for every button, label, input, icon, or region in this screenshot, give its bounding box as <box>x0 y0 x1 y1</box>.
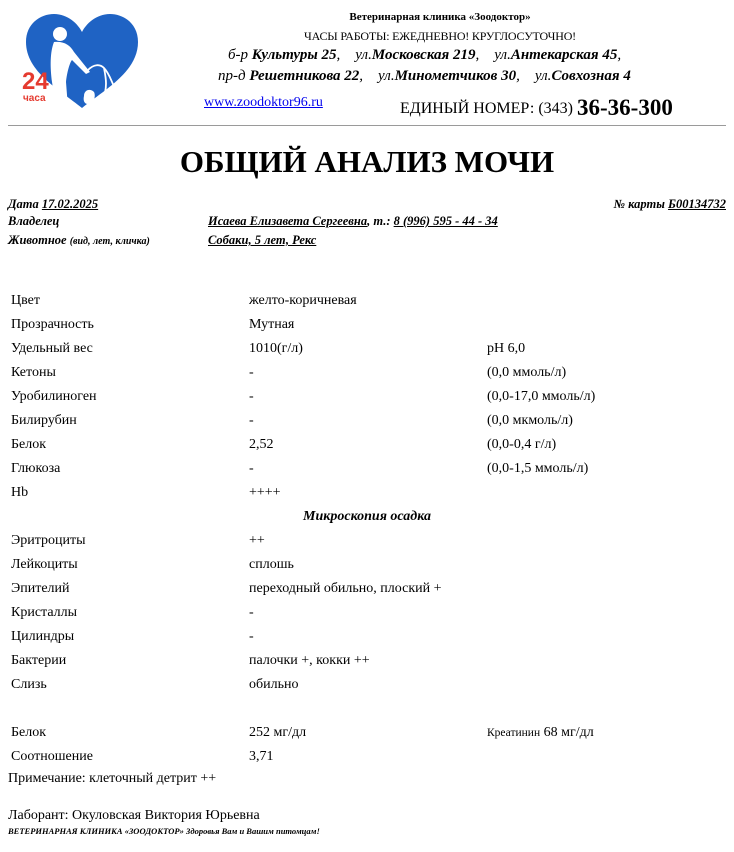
working-hours: ЧАСЫ РАБОТЫ: ЕЖЕДНЕВНО! КРУГЛОСУТОЧНО! <box>200 29 680 44</box>
address-item: ул.Совхозная 4 <box>535 68 631 84</box>
result-row: ПрозрачностьМутная <box>0 317 734 341</box>
owner-name: Исаева Елизавета Сергеевна <box>208 214 367 228</box>
protein-row: Белок 252 мг/дл Креатинин 68 мг/дл <box>0 725 734 749</box>
microscopy-row: Бактериипалочки +, кокки ++ <box>0 653 734 677</box>
addresses-line-2: пр-д Решетникова 22, ул.Минометчиков 30,… <box>218 68 631 85</box>
lab-assistant: Лаборант: Окуловская Виктория Юрьевна <box>8 808 260 824</box>
microscopy-row: Эпителийпереходный обильно, плоский + <box>0 581 734 605</box>
microscopy-row: Кристаллы- <box>0 605 734 629</box>
result-row: Hb++++ <box>0 485 734 509</box>
phone-label: ЕДИНЫЙ НОМЕР: (343) <box>400 100 577 117</box>
website-link[interactable]: www.zoodoktor96.ru <box>204 95 323 111</box>
result-row: Глюкоза-(0,0-1,5 ммоль/л) <box>0 461 734 485</box>
date-value: 17.02.2025 <box>42 197 98 211</box>
date-field: Дата 17.02.2025 <box>8 197 98 212</box>
microscopy-row: Цилиндры- <box>0 629 734 653</box>
animal-label: Животное (вид, лет, кличка) <box>8 233 150 248</box>
phone-number: 36-36-300 <box>577 95 673 120</box>
header-divider <box>8 125 726 126</box>
address-item: пр-д Решетникова 22, <box>218 68 363 84</box>
note: Примечание: клеточный детрит ++ <box>8 771 216 787</box>
result-row: Удельный вес1010(г/л)pH 6,0 <box>0 341 734 365</box>
clinic-logo: 24 часа <box>20 12 146 110</box>
owner-label: Владелец <box>8 214 59 229</box>
microscopy-row: Эритроциты++ <box>0 533 734 557</box>
address-item: ул.Московская 219, <box>355 47 479 63</box>
address-item: ул.Антекарская 45, <box>494 47 621 63</box>
microscopy-row: Лейкоцитысплошь <box>0 557 734 581</box>
owner-phone: 8 (996) 595 - 44 - 34 <box>394 214 498 228</box>
clinic-name: Ветеринарная клиника «Зоодоктор» <box>200 11 680 23</box>
address-item: б-р Культуры 25, <box>228 47 340 63</box>
microscopy-row: Слизьобильно <box>0 677 734 701</box>
card-number-field: № карты Б00134732 <box>614 197 726 212</box>
creatinine: Креатинин 68 мг/дл <box>487 725 594 741</box>
result-row: Цветжелто-коричневая <box>0 293 734 317</box>
logo-badge: 24 часа <box>22 70 49 104</box>
result-row: Билирубин-(0,0 мкмоль/л) <box>0 413 734 437</box>
microscopy-heading: Микроскопия осадка <box>0 509 734 525</box>
addresses-line-1: б-р Культуры 25, ул.Московская 219, ул.А… <box>228 47 621 64</box>
animal-value: Собаки, 5 лет, Рекс <box>208 233 316 248</box>
owner-value: Исаева Елизавета Сергеевна, т.: 8 (996) … <box>208 214 498 229</box>
result-row: Кетоны-(0,0 ммоль/л) <box>0 365 734 389</box>
result-row: Белок2,52(0,0-0,4 г/л) <box>0 437 734 461</box>
result-row: Уробилиноген-(0,0-17,0 ммоль/л) <box>0 389 734 413</box>
ratio-row: Соотношение 3,71 <box>0 749 734 773</box>
phone-block: ЕДИНЫЙ НОМЕР: (343) 36-36-300 <box>400 93 673 119</box>
page-title: ОБЩИЙ АНАЛИЗ МОЧИ <box>0 144 734 180</box>
footer-slogan: ВЕТЕРИНАРНАЯ КЛИНИКА «ЗООДОКТОР» Здоровь… <box>8 826 320 836</box>
card-number-value: Б00134732 <box>668 197 726 211</box>
address-item: ул.Минометчиков 30, <box>378 68 520 84</box>
